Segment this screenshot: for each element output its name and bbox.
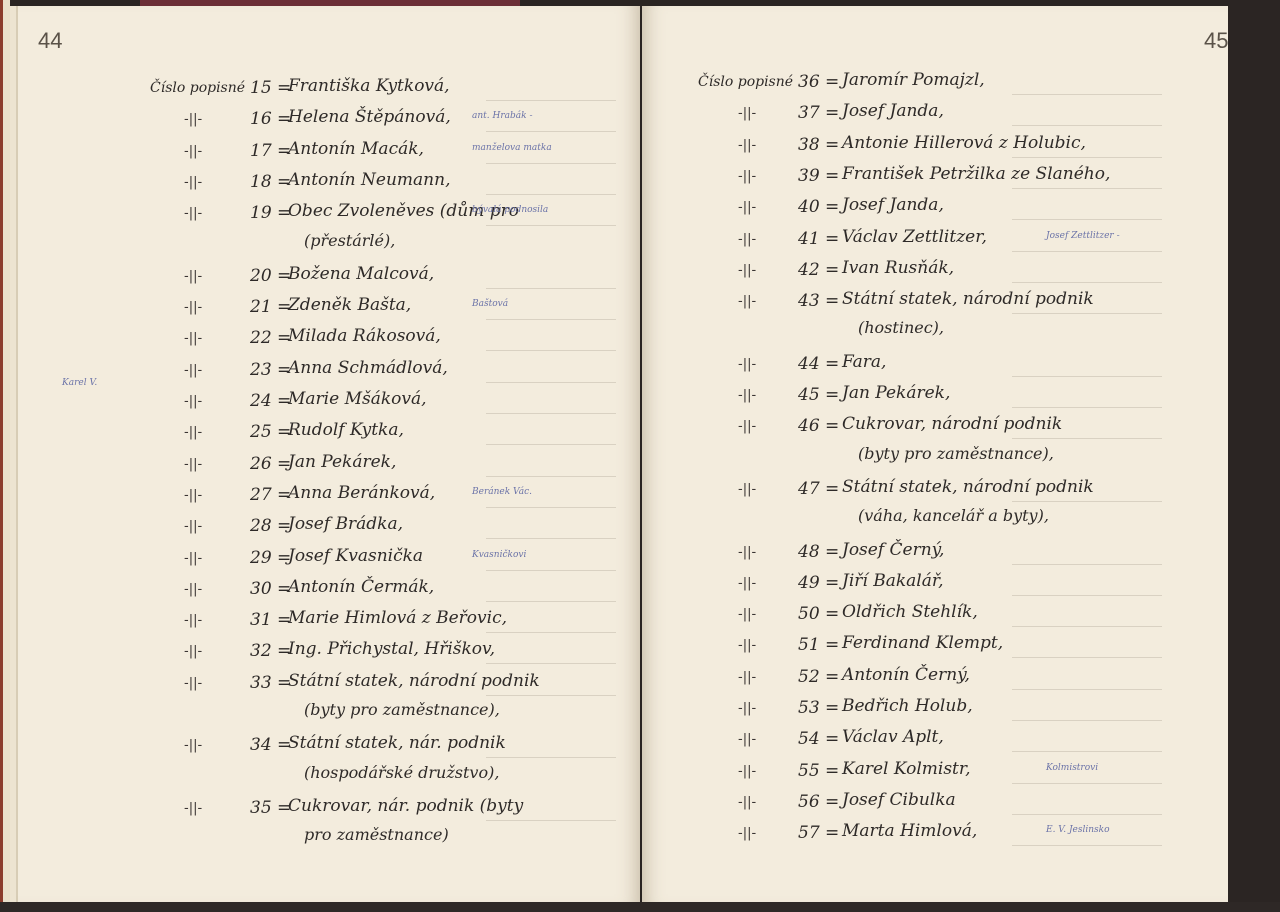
- house-number: 45 =: [798, 385, 839, 405]
- ditto-mark: -||-: [184, 331, 202, 346]
- ditto-mark: -||-: [738, 701, 756, 716]
- house-number: 26 =: [250, 454, 291, 474]
- ditto-mark: -||-: [184, 206, 202, 221]
- left-page: 44 Karel V. Číslo popisné15 =Františka K…: [10, 6, 640, 902]
- house-number: 32 =: [250, 641, 291, 661]
- ruled-line: [486, 100, 616, 101]
- ruled-line: [1012, 689, 1162, 690]
- owner-name: Antonín Černý,: [842, 665, 970, 685]
- ditto-mark: -||-: [738, 388, 756, 403]
- owner-name: Rudolf Kytka,: [288, 420, 404, 440]
- owner-name: Státní statek, národní podnik: [288, 671, 540, 691]
- owner-name: František Petržilka ze Slaného,: [842, 164, 1110, 184]
- owner-name: Státní statek, nár. podnik: [288, 733, 506, 753]
- prefix-label: Číslo popisné: [698, 74, 793, 90]
- ditto-mark: -||-: [184, 394, 202, 409]
- owner-name: Josef Cibulka: [842, 790, 956, 810]
- house-number: 49 =: [798, 573, 839, 593]
- pencil-note: Josef Zettlitzer -: [1046, 231, 1120, 241]
- house-number: 43 =: [798, 291, 839, 311]
- house-number: 18 =: [250, 172, 291, 192]
- owner-name: Josef Kvasnička: [288, 546, 423, 566]
- ditto-mark: -||-: [738, 138, 756, 153]
- ruled-line: [486, 538, 616, 539]
- house-number: 28 =: [250, 516, 291, 536]
- owner-name: Ing. Přichystal, Hřiškov,: [288, 639, 495, 659]
- owner-name: Jan Pekárek,: [288, 452, 396, 472]
- ruled-line: [486, 476, 616, 477]
- ruled-line: [486, 757, 616, 758]
- owner-name: Antonín Macák,: [288, 139, 424, 159]
- owner-name: Státní statek, národní podnik: [842, 477, 1094, 497]
- ruled-line: [1012, 783, 1162, 784]
- right-page: 45 Číslo popisné36 =Jaromír Pomajzl,-||-…: [642, 6, 1228, 902]
- ruled-line: [1012, 313, 1162, 314]
- owner-name: Anna Beránková,: [288, 483, 435, 503]
- page-number: 45: [1204, 28, 1228, 54]
- owner-name: Cukrovar, nár. podnik (byty: [288, 796, 523, 816]
- house-number: 25 =: [250, 422, 291, 442]
- house-number: 15 =: [250, 78, 291, 98]
- house-number: 17 =: [250, 141, 291, 161]
- ruled-line: [1012, 751, 1162, 752]
- house-number: 23 =: [250, 360, 291, 380]
- ditto-mark: -||-: [738, 732, 756, 747]
- owner-name: Zdeněk Bašta,: [288, 295, 411, 315]
- ruled-line: [486, 163, 616, 164]
- pencil-note: manželova matka: [472, 143, 552, 153]
- ruled-line: [1012, 94, 1162, 95]
- ruled-line: [486, 382, 616, 383]
- house-number: 21 =: [250, 297, 291, 317]
- house-number: 29 =: [250, 548, 291, 568]
- owner-name: Václav Zettlitzer,: [842, 227, 987, 247]
- owner-name: Karel Kolmistr,: [842, 759, 971, 779]
- pencil-note: Baštová: [472, 299, 508, 309]
- ruled-line: [1012, 626, 1162, 627]
- ditto-mark: -||-: [184, 175, 202, 190]
- ditto-mark: -||-: [738, 764, 756, 779]
- owner-name-continued: (byty pro zaměstnance),: [858, 444, 1054, 463]
- owner-name: Antonín Čermák,: [288, 577, 434, 597]
- ditto-mark: -||-: [738, 419, 756, 434]
- owner-name: Antonie Hillerová z Holubic,: [842, 133, 1086, 153]
- house-number: 55 =: [798, 761, 839, 781]
- owner-name: Anna Schmádlová,: [288, 358, 448, 378]
- ruled-line: [1012, 157, 1162, 158]
- owner-name: Helena Štěpánová,: [288, 107, 451, 127]
- ruled-line: [486, 444, 616, 445]
- house-number: 41 =: [798, 229, 839, 249]
- ditto-mark: -||-: [738, 294, 756, 309]
- house-number: 27 =: [250, 485, 291, 505]
- pencil-note: ant. Hrabák -: [472, 111, 533, 121]
- book-left-edge: [0, 0, 10, 912]
- house-number: 34 =: [250, 735, 291, 755]
- owner-name-continued: (hostinec),: [858, 318, 944, 337]
- ditto-mark: -||-: [184, 801, 202, 816]
- house-number: 51 =: [798, 635, 839, 655]
- owner-name: Cukrovar, národní podnik: [842, 414, 1062, 434]
- ruled-line: [486, 350, 616, 351]
- ruled-line: [1012, 501, 1162, 502]
- ditto-mark: -||-: [738, 263, 756, 278]
- ruled-line: [1012, 438, 1162, 439]
- house-number: 22 =: [250, 328, 291, 348]
- owner-name: Josef Janda,: [842, 101, 944, 121]
- house-number: 39 =: [798, 166, 839, 186]
- house-number: 50 =: [798, 604, 839, 624]
- house-number: 52 =: [798, 667, 839, 687]
- page-number: 44: [38, 28, 62, 54]
- owner-name: Ferdinand Klempt,: [842, 633, 1003, 653]
- house-number: 20 =: [250, 266, 291, 286]
- pencil-note: Kolmistrovi: [1046, 763, 1098, 773]
- house-number: 38 =: [798, 135, 839, 155]
- ruled-line: [486, 820, 616, 821]
- ruled-line: [486, 507, 616, 508]
- ditto-mark: -||-: [738, 200, 756, 215]
- ditto-mark: -||-: [738, 826, 756, 841]
- ruled-line: [1012, 595, 1162, 596]
- ruled-line: [486, 288, 616, 289]
- house-number: 57 =: [798, 823, 839, 843]
- ruled-line: [1012, 407, 1162, 408]
- ditto-mark: -||-: [738, 638, 756, 653]
- ditto-mark: -||-: [184, 613, 202, 628]
- owner-name: Jaromír Pomajzl,: [842, 70, 985, 90]
- owner-name: Oldřich Stehlík,: [842, 602, 978, 622]
- owner-name: Marie Mšáková,: [288, 389, 427, 409]
- ditto-mark: -||-: [738, 795, 756, 810]
- house-number: 36 =: [798, 72, 839, 92]
- house-number: 48 =: [798, 542, 839, 562]
- house-number: 44 =: [798, 354, 839, 374]
- house-number: 16 =: [250, 109, 291, 129]
- ditto-mark: -||-: [184, 551, 202, 566]
- ditto-mark: -||-: [184, 112, 202, 127]
- owner-name-continued: (byty pro zaměstnance),: [304, 700, 500, 719]
- ditto-mark: -||-: [184, 644, 202, 659]
- house-number: 53 =: [798, 698, 839, 718]
- ditto-mark: -||-: [184, 582, 202, 597]
- ditto-mark: -||-: [738, 169, 756, 184]
- owner-name-continued: (přestárlé),: [304, 231, 395, 250]
- house-number: 37 =: [798, 103, 839, 123]
- house-number: 35 =: [250, 798, 291, 818]
- pencil-note: Kvasničkovi: [472, 550, 526, 560]
- ditto-mark: -||-: [738, 482, 756, 497]
- owner-name: Jiří Bakalář,: [842, 571, 944, 591]
- ditto-mark: -||-: [738, 357, 756, 372]
- ruled-line: [1012, 219, 1162, 220]
- owner-name: Václav Aplt,: [842, 727, 944, 747]
- ditto-mark: -||-: [184, 269, 202, 284]
- ruled-line: [486, 632, 616, 633]
- house-number: 30 =: [250, 579, 291, 599]
- house-number: 33 =: [250, 673, 291, 693]
- ditto-mark: -||-: [184, 363, 202, 378]
- ruled-line: [1012, 188, 1162, 189]
- owner-name-continued: pro zaměstnance): [304, 825, 449, 844]
- owner-name: Josef Janda,: [842, 195, 944, 215]
- ruled-line: [486, 194, 616, 195]
- ditto-mark: -||-: [184, 738, 202, 753]
- owner-name: Božena Malcová,: [288, 264, 434, 284]
- house-number: 46 =: [798, 416, 839, 436]
- ruled-line: [486, 663, 616, 664]
- ditto-mark: -||-: [738, 106, 756, 121]
- pencil-note: bývalá podnosila: [472, 205, 548, 215]
- ruled-line: [1012, 282, 1162, 283]
- ditto-mark: -||-: [738, 232, 756, 247]
- ditto-mark: -||-: [184, 300, 202, 315]
- owner-name: Marie Himlová z Beřovic,: [288, 608, 507, 628]
- ditto-mark: -||-: [738, 607, 756, 622]
- house-number: 47 =: [798, 479, 839, 499]
- ruled-line: [486, 319, 616, 320]
- ditto-mark: -||-: [184, 425, 202, 440]
- pencil-note: Beránek Vác.: [472, 487, 532, 497]
- ruled-line: [1012, 720, 1162, 721]
- ditto-mark: -||-: [184, 519, 202, 534]
- house-number: 54 =: [798, 729, 839, 749]
- house-number: 19 =: [250, 203, 291, 223]
- ditto-mark: -||-: [738, 545, 756, 560]
- ditto-mark: -||-: [738, 576, 756, 591]
- owner-name: Marta Himlová,: [842, 821, 977, 841]
- owner-name: Jan Pekárek,: [842, 383, 950, 403]
- ruled-line: [486, 225, 616, 226]
- house-number: 56 =: [798, 792, 839, 812]
- ruled-line: [486, 413, 616, 414]
- owner-name-continued: (váha, kancelář a byty),: [858, 506, 1049, 525]
- owner-name: Milada Rákosová,: [288, 326, 441, 346]
- margin-note: Karel V.: [62, 378, 97, 388]
- ditto-mark: -||-: [184, 676, 202, 691]
- ruled-line: [1012, 564, 1162, 565]
- owner-name-continued: (hospodářské družstvo),: [304, 763, 499, 782]
- ruled-line: [1012, 657, 1162, 658]
- owner-name: Antonín Neumann,: [288, 170, 450, 190]
- ruled-line: [1012, 845, 1162, 846]
- ruled-line: [1012, 814, 1162, 815]
- ditto-mark: -||-: [184, 144, 202, 159]
- pencil-note: E. V. Jeslinsko: [1046, 825, 1110, 835]
- owner-name: Bedřich Holub,: [842, 696, 973, 716]
- house-number: 40 =: [798, 197, 839, 217]
- house-number: 42 =: [798, 260, 839, 280]
- owner-name: Josef Brádka,: [288, 514, 403, 534]
- prefix-label: Číslo popisné: [150, 80, 245, 96]
- house-number: 24 =: [250, 391, 291, 411]
- owner-name: Františka Kytková,: [288, 76, 450, 96]
- owner-name: Státní statek, národní podnik: [842, 289, 1094, 309]
- house-number: 31 =: [250, 610, 291, 630]
- ditto-mark: -||-: [738, 670, 756, 685]
- ditto-mark: -||-: [184, 457, 202, 472]
- owner-name: Fara,: [842, 352, 886, 372]
- ruled-line: [486, 695, 616, 696]
- ruled-line: [486, 131, 616, 132]
- ditto-mark: -||-: [184, 488, 202, 503]
- ruled-line: [1012, 125, 1162, 126]
- ruled-line: [1012, 251, 1162, 252]
- ruled-line: [1012, 376, 1162, 377]
- ruled-line: [486, 601, 616, 602]
- book-binding: [1228, 0, 1280, 912]
- owner-name: Ivan Rusňák,: [842, 258, 954, 278]
- book-bottom-edge: [0, 902, 1280, 912]
- ruled-line: [486, 570, 616, 571]
- owner-name: Josef Černý,: [842, 540, 944, 560]
